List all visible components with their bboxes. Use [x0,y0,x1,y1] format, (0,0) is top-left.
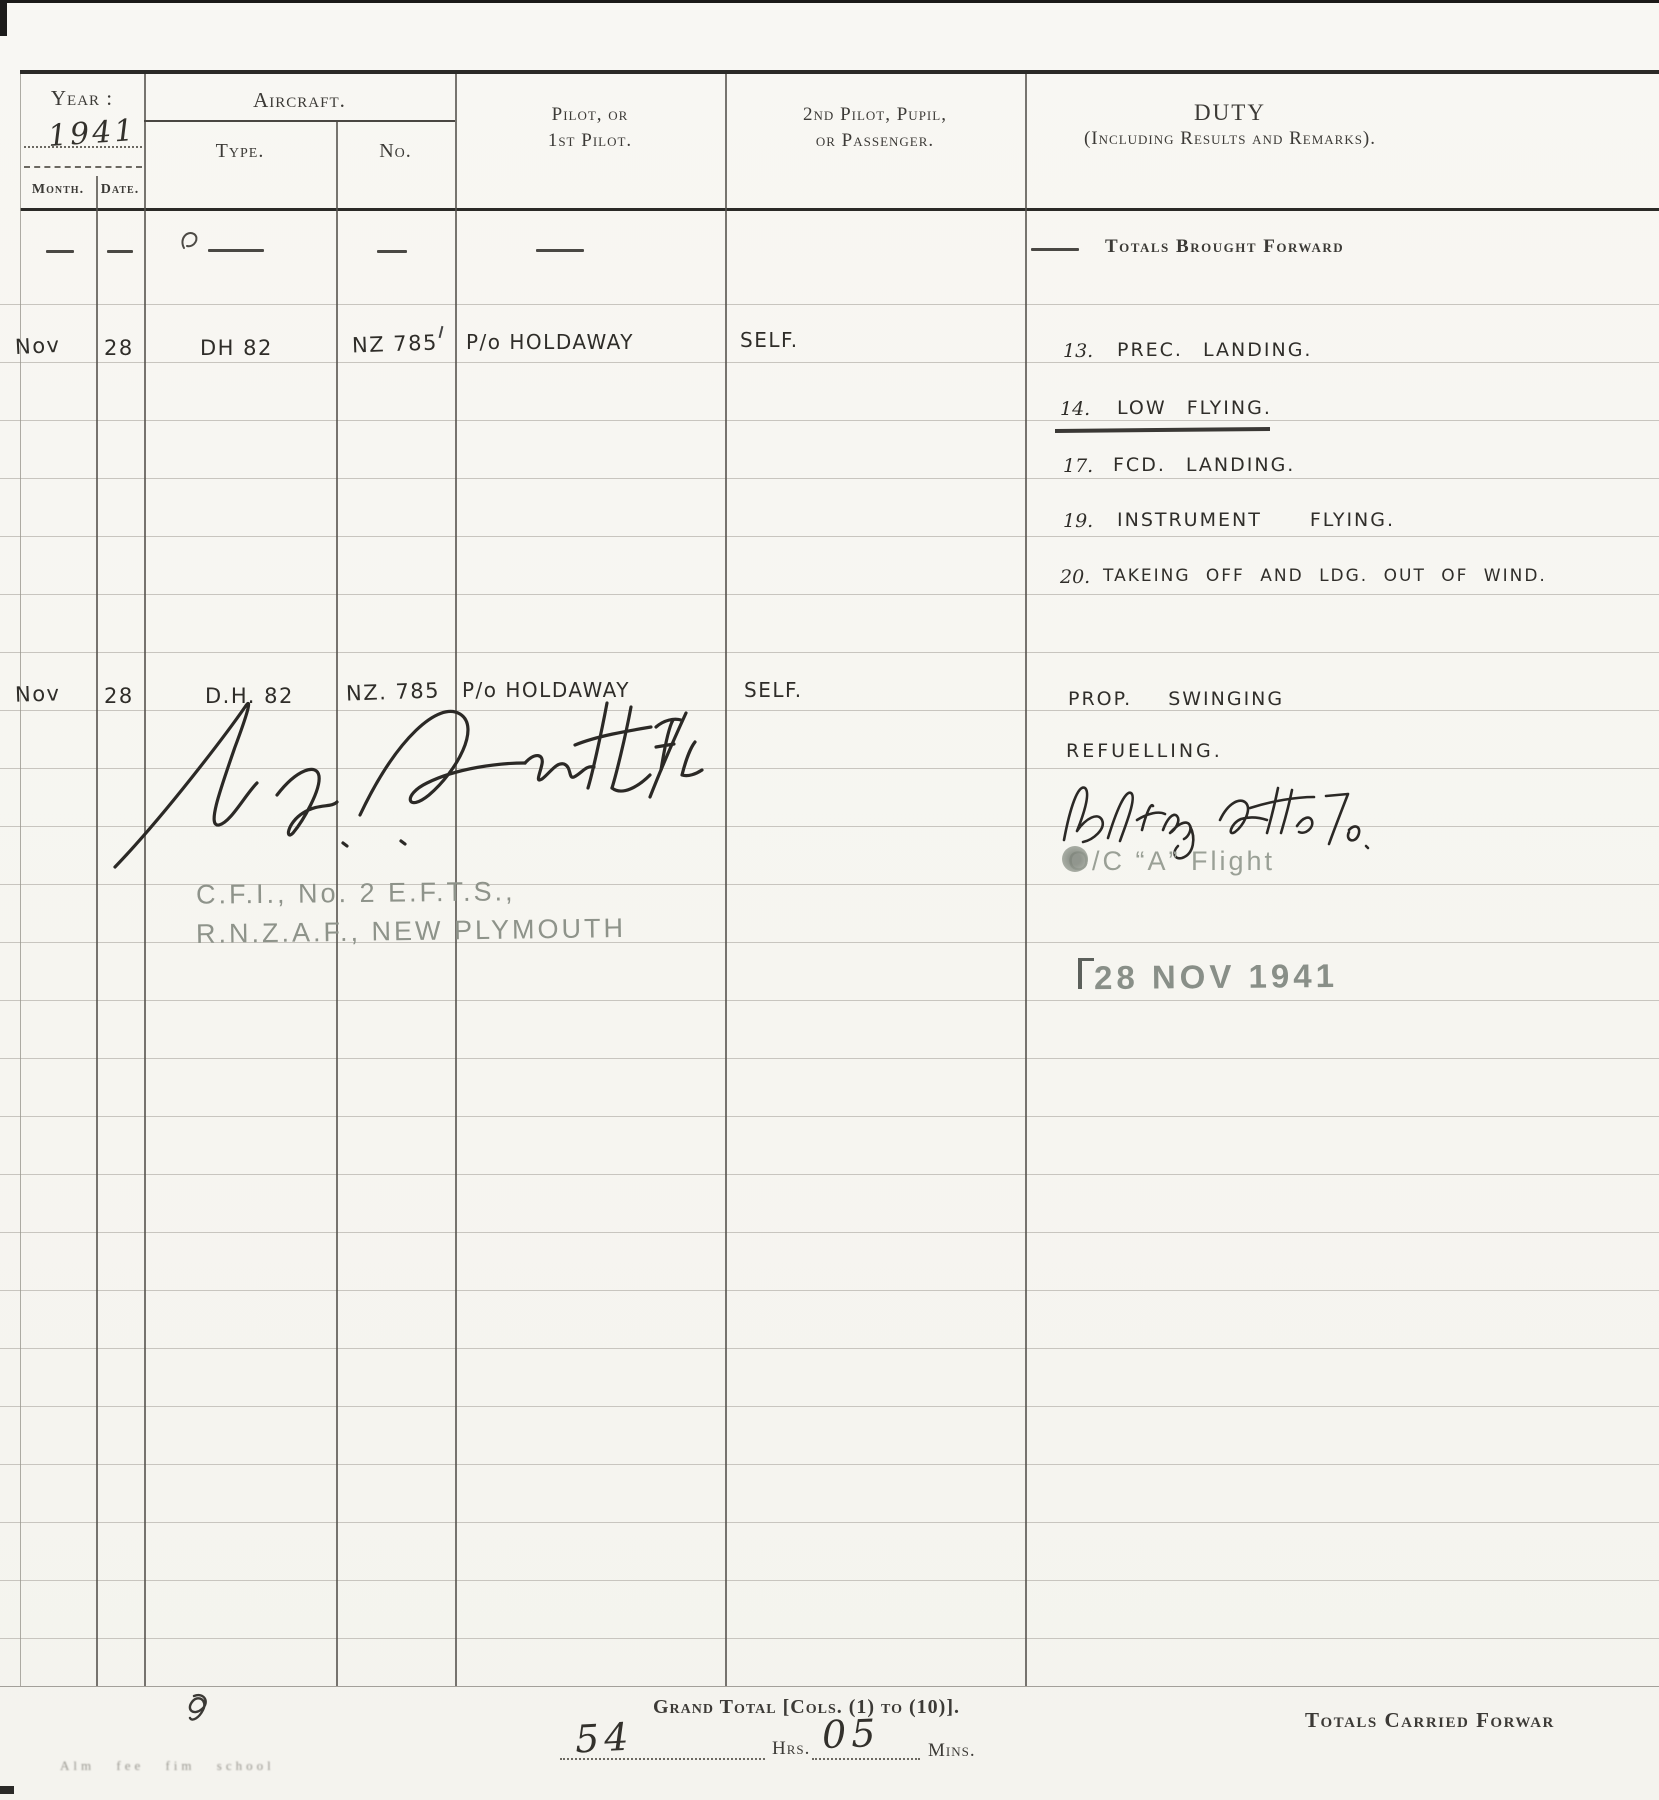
month-label: Month. [20,182,96,198]
entry1-aircraft-no: NZ 785 [352,331,439,358]
year-label: Year : [20,86,144,111]
second-pilot-label-line1: 2nd Pilot, Pupil, [725,104,1025,126]
cfi-signature [105,675,705,890]
aircraft-subheader-rule [144,120,455,122]
stamp-blob [1062,846,1088,872]
header-bottom-rule [20,208,1659,211]
dash-date [107,250,133,253]
dash-duty [1031,248,1079,251]
table-bottom-rule [0,1686,1659,1687]
entry1-duty1-num: 13. [1063,340,1093,362]
col-line-left [20,74,21,1686]
dash-type [208,249,264,252]
date-stamp: 28 NOV 1941 [1094,957,1338,997]
scan-mark-bottom-left [0,1786,14,1794]
entry1-duty4-text: INSTRUMENT FLYING. [1117,509,1395,531]
logbook-page: Year : 1941 Month. Date. Aircraft. Type.… [0,0,1659,1800]
entry2-duty1-text: PROP. SWINGING [1068,688,1284,710]
pen-squiggle-bottom [182,1692,212,1726]
aircraft-label: Aircraft. [144,88,455,113]
totals-carried-forward-label: Totals Carried Forwar [1305,1708,1555,1733]
pilot-label-line1: Pilot, or [455,104,725,126]
oc-flight-stamp: O/C “A” Flight [1068,846,1275,877]
grand-total-label: Grand Total [Cols. (1) to (10)]. [653,1696,960,1719]
dash-pilot [536,249,584,252]
cfi-stamp-line2: R.N.Z.A.F., NEW PLYMOUTH [196,913,626,950]
pilot-label-line2: 1st Pilot. [455,130,725,152]
hours-underline [560,1758,765,1760]
year-underline [24,146,142,148]
date-label: Date. [96,182,144,198]
entry1-duty5-num: 20. [1060,566,1090,588]
entry2-duty2-text: REFUELLING. [1066,740,1223,762]
second-pilot-label-line2: or Passenger. [725,130,1025,152]
entry1-duty2-num: 14. [1060,398,1090,420]
entry1-date: 28 [104,336,134,360]
entry1-pilot: P/o HOLDAWAY [466,330,634,354]
entry1-duty1-text: PREC. LANDING. [1117,339,1312,361]
entry1-duty2-text: LOW FLYING. [1117,397,1272,419]
entry1-duty3-text: FCD. LANDING. [1113,454,1295,476]
entry2-month: Nov [15,681,61,707]
type-label: Type. [144,140,336,163]
scan-edge-top [0,0,1659,3]
entry1-duty3-num: 17. [1063,455,1093,477]
entry1-duty4-num: 19. [1063,510,1093,532]
entry1-aircraft-type: DH 82 [200,336,273,360]
duty-label-line2: (Including Results and Remarks). [1025,128,1435,150]
grand-total-hours-value: 54 [574,1715,635,1762]
duty-label-line1: DUTY [1025,100,1435,126]
pen-curl-mark [178,230,204,256]
dash-no [377,250,407,253]
col-line-month-date [96,176,98,1686]
grand-total-minutes-value: 05 [821,1711,881,1757]
no-label: No. [336,140,455,163]
entry1-duty5-text: TAKEING OFF AND LDG. OUT OF WIND. [1103,566,1547,586]
scan-edge-corner [0,0,7,36]
date-stamp-mark [1078,958,1094,989]
minutes-label: Mins. [928,1740,976,1762]
entry1-month: Nov [14,333,61,359]
table-top-rule [20,70,1659,74]
minutes-underline [812,1758,920,1760]
dash-month [46,250,74,253]
totals-brought-forward-label: Totals Brought Forward [1105,236,1344,258]
entry1-second-pilot: SELF. [740,328,799,352]
entry2-second-pilot: SELF. [744,678,803,702]
small-print: Alm fee fim school [60,1758,275,1774]
col-line-2ndpilot-duty [1025,74,1027,1686]
month-date-top-rule [24,166,142,168]
hours-label: Hrs. [772,1738,810,1760]
col-line-pilot-2ndpilot [725,74,727,1686]
